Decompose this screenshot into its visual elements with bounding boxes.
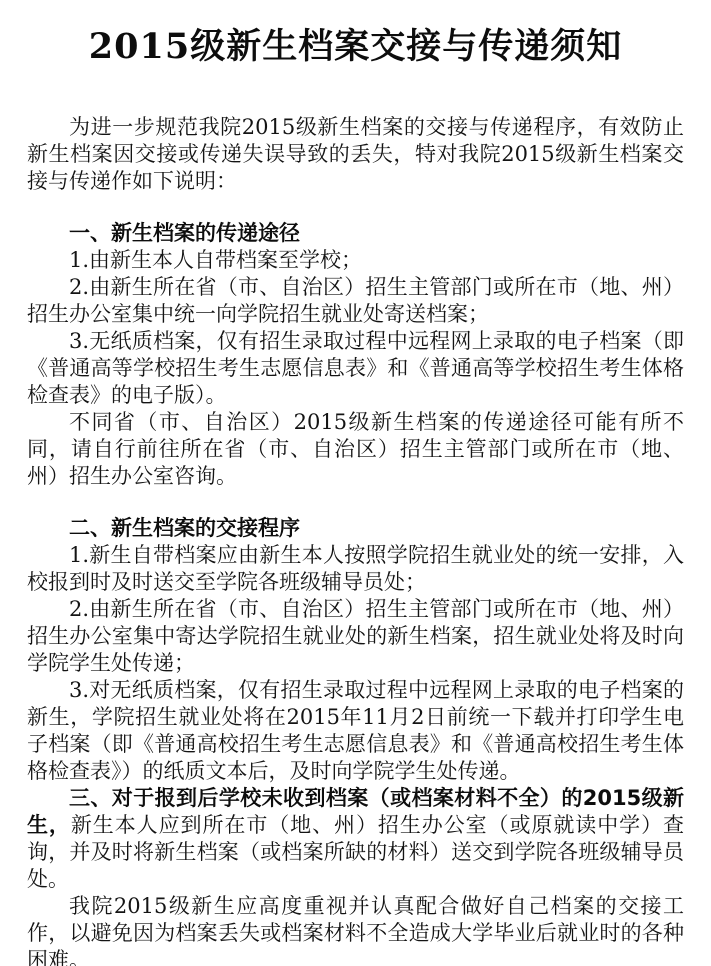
intro-paragraph: 为进一步规范我院2015级新生档案的交接与传递程序，有效防止新生档案因交接或传递… [27,114,684,195]
section2-item-3: 3.对无纸质档案，仅有招生录取过程中远程网上录取的电子档案的新生，学院招生就业处… [27,677,684,785]
section3-paragraph: 三、对于报到后学校未收到档案（或档案材料不全）的2015级新生，新生本人应到所在… [27,785,684,893]
closing-paragraph: 我院2015级新生应高度重视并认真配合做好自己档案的交接工作，以避免因为档案丢失… [27,893,684,966]
section1-note: 不同省（市、自治区）2015级新生档案的传递途径可能有所不同，请自行前往所在省（… [27,409,684,490]
document-page: 2015级新生档案交接与传递须知 为进一步规范我院2015级新生档案的交接与传递… [0,0,711,966]
section2-item-2: 2.由新生所在省（市、自治区）招生主管部门或所在市（地、州）招生办公室集中寄达学… [27,596,684,677]
section2-item-1: 1.新生自带档案应由新生本人按照学院招生就业处的统一安排，入校报到时及时送交至学… [27,542,684,596]
section2-heading: 二、新生档案的交接程序 [27,515,684,542]
section1-item-3: 3.无纸质档案，仅有招生录取过程中远程网上录取的电子档案（即《普通高等学校招生考… [27,328,684,409]
section1-item-1: 1.由新生本人自带档案至学校； [27,247,684,274]
document-title: 2015级新生档案交接与传递须知 [27,26,684,68]
section1-heading: 一、新生档案的传递途径 [27,220,684,247]
section1-item-2: 2.由新生所在省（市、自治区）招生主管部门或所在市（地、州）招生办公室集中统一向… [27,274,684,328]
section3-body: 新生本人应到所在市（地、州）招生办公室（或原就读中学）查询，并及时将新生档案（或… [27,813,684,891]
